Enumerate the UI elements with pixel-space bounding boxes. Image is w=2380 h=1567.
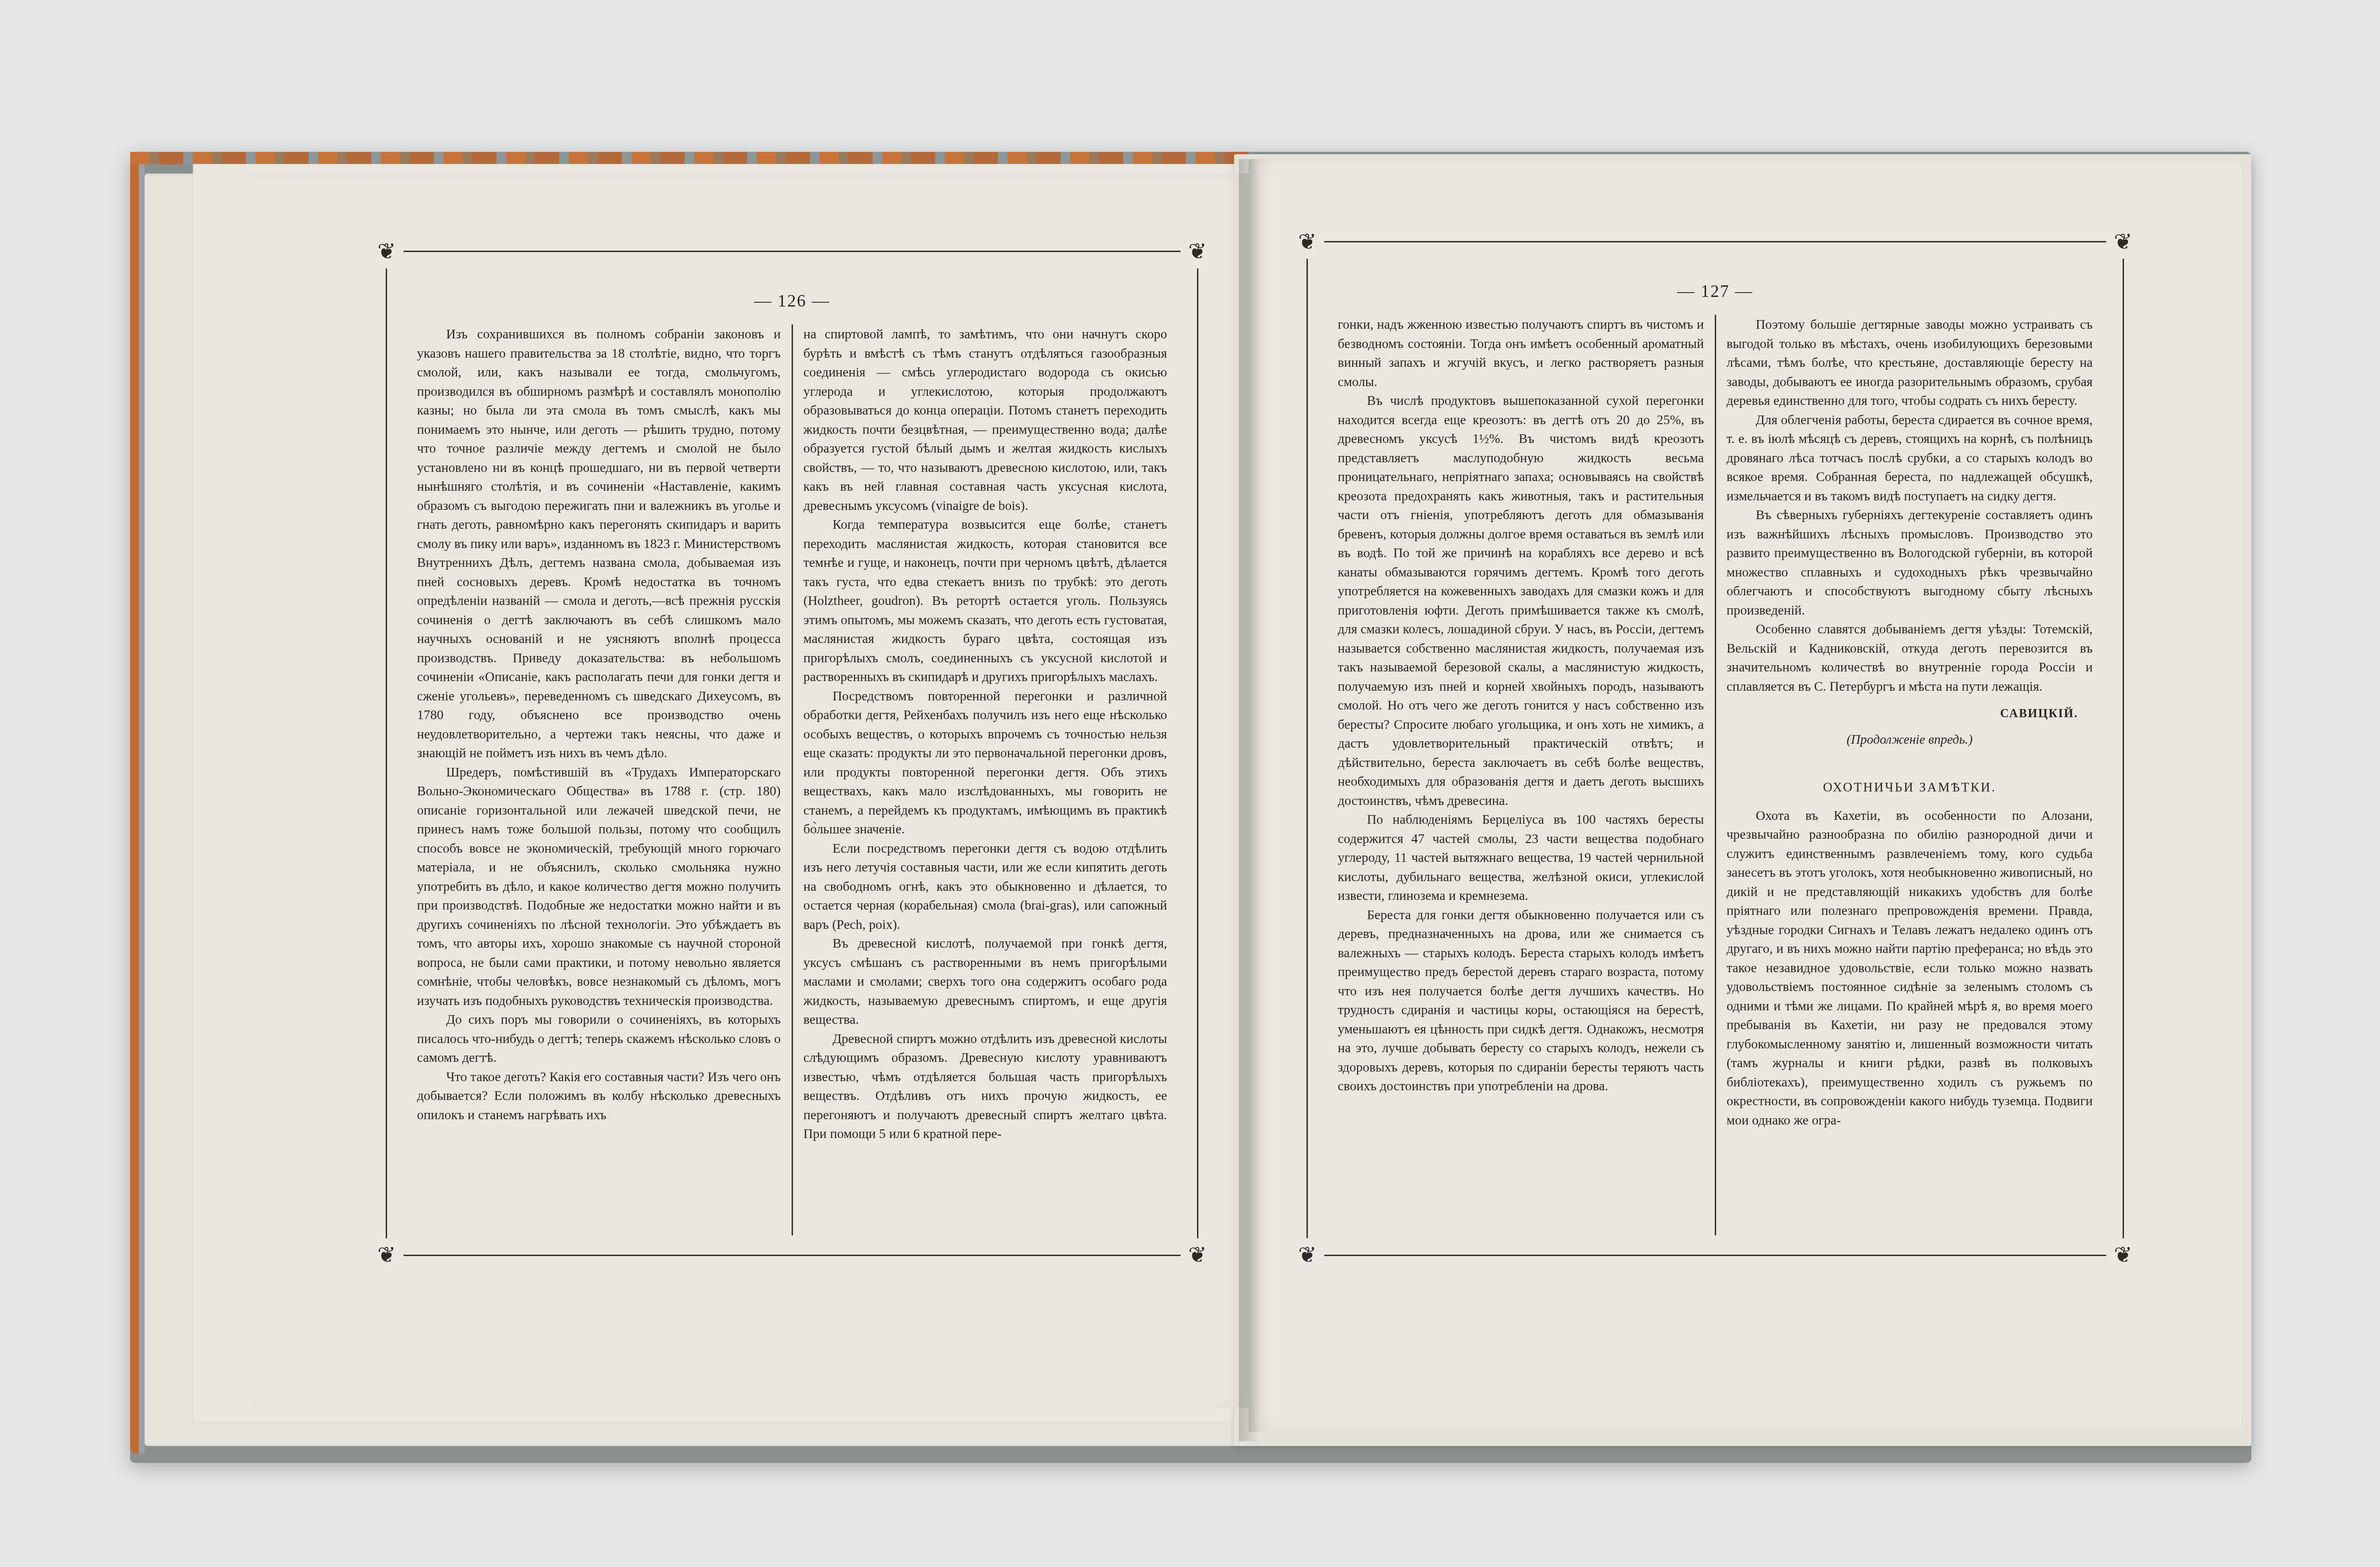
ornament-corner-icon: ❦ <box>2106 1238 2140 1272</box>
paragraph: Въ древесной кислотѣ, получаемой при гон… <box>804 934 1168 1029</box>
paragraph: До сихъ поръ мы говорили о сочиненiяхъ, … <box>417 1010 781 1067</box>
paragraph-continued: на спиртовой лампѣ, то замѣтимъ, что они… <box>804 324 1168 515</box>
paragraph: Если посредствомъ перегонки дегтя съ вод… <box>804 839 1168 934</box>
page-number: — 127 — <box>1308 281 2123 301</box>
book-gutter <box>1239 159 1258 1441</box>
ornament-corner-icon: ❦ <box>370 235 403 268</box>
ornament-corner-icon: ❦ <box>1291 1238 1324 1272</box>
paragraph: Что такое деготь? Какiя его составныя ча… <box>417 1067 781 1125</box>
paragraph: Для облегченiя работы, береста сдирается… <box>1727 410 2093 506</box>
paragraph: Изъ сохранившихся въ полномъ собранiи за… <box>417 324 781 763</box>
page-number: — 126 — <box>387 291 1197 311</box>
paragraph: По наблюденiямъ Берцелiуса въ 100 частях… <box>1338 810 1704 905</box>
text-columns: Изъ сохранившихся въ полномъ собранiи за… <box>406 324 1178 1235</box>
paragraph: Въ сѣверныхъ губернiяхъ дегтекуренiе сос… <box>1727 505 2093 619</box>
worn-cover-top-edge <box>130 152 1253 164</box>
column-right: Поэтому большiе дегтярные заводы можно у… <box>1715 315 2104 1235</box>
paragraph: Посредствомъ повторенной перегонки и раз… <box>804 686 1168 839</box>
ornament-corner-icon: ❦ <box>370 1238 403 1272</box>
to-be-continued-note: (Продолженiе впредь.) <box>1727 730 2093 750</box>
ornament-corner-icon: ❦ <box>1181 235 1214 268</box>
paragraph: Древесной спиртъ можно отдѣлить изъ древ… <box>804 1029 1168 1143</box>
right-page-frame: ❦ ❦ ❦ ❦ — 127 — гонки, надъ жженною изве… <box>1306 241 2124 1256</box>
ornament-corner-icon: ❦ <box>1291 225 1324 259</box>
column-left: Изъ сохранившихся въ полномъ собранiи за… <box>406 324 792 1235</box>
left-page-frame: ❦ ❦ ❦ ❦ — 126 — Изъ сохранившихся въ пол… <box>386 251 1198 1256</box>
section-title: ОХОТНИЧЬИ ЗАМѢТКИ. <box>1727 778 2093 797</box>
paragraph: Охота въ Кахетiи, въ особенности по Алоз… <box>1727 806 2093 1130</box>
column-left: гонки, надъ жженною известью получаютъ с… <box>1327 315 1715 1235</box>
paragraph: Шредеръ, помѣстившiй въ «Трудахъ Императ… <box>417 763 781 1010</box>
ornament-corner-icon: ❦ <box>2106 225 2140 259</box>
paragraph: Когда температура возвысится еще болѣе, … <box>804 515 1168 686</box>
paragraph: Береста для гонки дегтя обыкновенно полу… <box>1338 905 1704 1096</box>
paragraph: Особенно славятся добыванiемъ дегтя уѣзд… <box>1727 619 2093 696</box>
paragraph: Поэтому большiе дегтярные заводы можно у… <box>1727 315 2093 410</box>
text-columns: гонки, надъ жженною известью получаютъ с… <box>1327 315 2103 1235</box>
author-signature: САВИЦКIЙ. <box>1727 704 2079 723</box>
ornament-corner-icon: ❦ <box>1181 1238 1214 1272</box>
paragraph-continued: гонки, надъ жженною известью получаютъ с… <box>1338 315 1704 391</box>
paragraph: Въ числѣ продуктовъ вышепоказанной сухой… <box>1338 391 1704 810</box>
column-right: на спиртовой лампѣ, то замѣтимъ, что они… <box>792 324 1178 1235</box>
